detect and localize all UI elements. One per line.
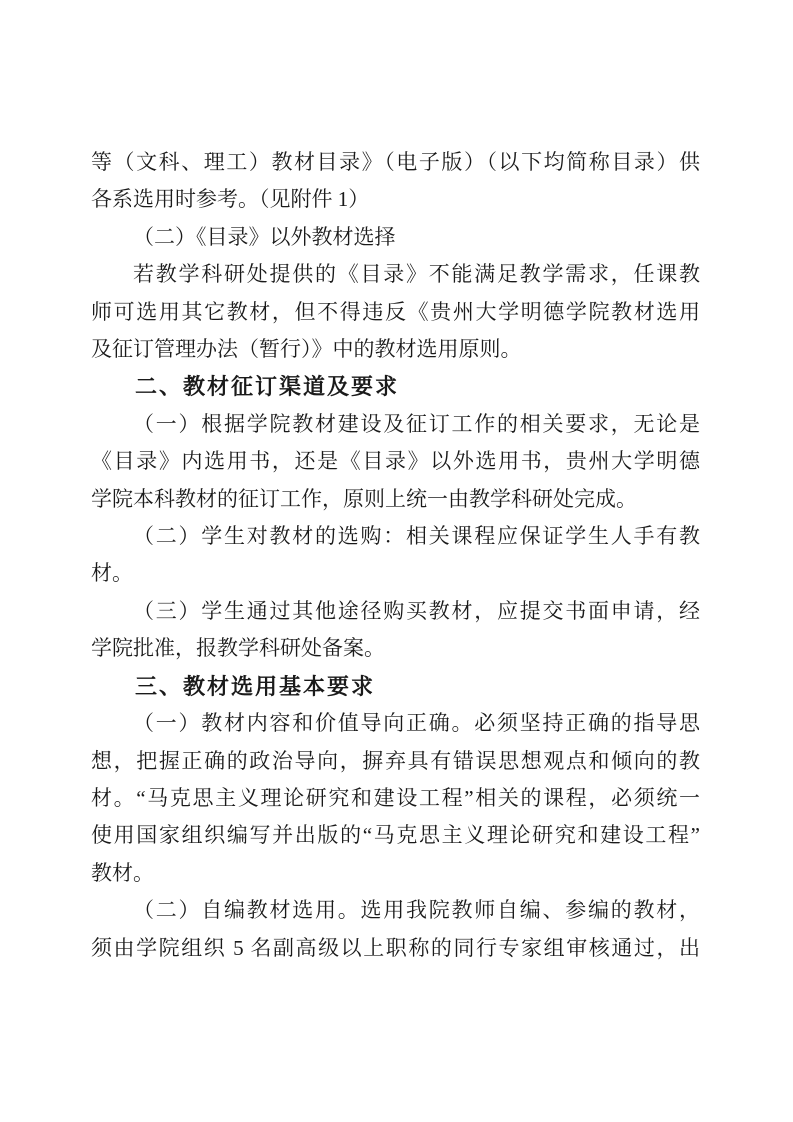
section-2-item-3-paragraph: （三）学生通过其他途径购买教材，应提交书面申请，经 学院批准，报教学科研处备案。 — [91, 593, 700, 668]
section-heading-2: 二、教材征订渠道及要求 — [91, 368, 700, 405]
text-line: 师可选用其它教材，但不得违反《贵州大学明德学院教材选用 — [91, 294, 700, 331]
section-2-item-2-paragraph: （二）学生对教材的选购：相关课程应保证学生人手有教 材。 — [91, 518, 700, 593]
section-2-item-1-paragraph: （一）根据学院教材建设及征订工作的相关要求，无论是 《目录》内选用书，还是《目录… — [91, 406, 700, 518]
text-line: （二）学生对教材的选购：相关课程应保证学生人手有教 — [91, 518, 700, 555]
text-line: （二）自编教材选用。选用我院教师自编、参编的教材， — [91, 892, 700, 929]
text-line: （二）《目录》以外教材选择 — [91, 219, 700, 256]
text-line: 及征订管理办法（暂行）》中的教材选用原则。 — [91, 331, 700, 368]
text-line: 教材。 — [91, 855, 700, 892]
heading-line: 二、教材征订渠道及要求 — [91, 368, 700, 405]
section-3-item-1-paragraph: （一）教材内容和价值导向正确。必须坚持正确的指导思 想，把握正确的政治导向，摒弃… — [91, 705, 700, 892]
text-line: 学院本科教材的征订工作，原则上统一由教学科研处完成。 — [91, 481, 700, 518]
text-line: 若教学科研处提供的《目录》不能满足教学需求，任课教 — [91, 256, 700, 293]
text-line: 各系选用时参考。（见附件 1） — [91, 181, 700, 218]
text-line: 须由学院组织 5 名副高级以上职称的同行专家组审核通过，出 — [91, 930, 700, 967]
text-line: 材。 — [91, 555, 700, 592]
text-line: 等（文科、理工）教材目录》（电子版）（以下均简称目录）供 — [91, 144, 700, 181]
text-line: （一）教材内容和价值导向正确。必须坚持正确的指导思 — [91, 705, 700, 742]
text-line: （三）学生通过其他途径购买教材，应提交书面申请，经 — [91, 593, 700, 630]
text-line: 《目录》内选用书，还是《目录》以外选用书，贵州大学明德 — [91, 443, 700, 480]
document-page: 等（文科、理工）教材目录》（电子版）（以下均简称目录）供 各系选用时参考。（见附… — [0, 0, 793, 1122]
text-line: （一）根据学院教材建设及征订工作的相关要求，无论是 — [91, 406, 700, 443]
section-heading-3: 三、教材选用基本要求 — [91, 668, 700, 705]
continuation-paragraph: 等（文科、理工）教材目录》（电子版）（以下均简称目录）供 各系选用时参考。（见附… — [91, 144, 700, 219]
item-2-body-paragraph: 若教学科研处提供的《目录》不能满足教学需求，任课教 师可选用其它教材，但不得违反… — [91, 256, 700, 368]
text-line: 学院批准，报教学科研处备案。 — [91, 630, 700, 667]
text-line: 想，把握正确的政治导向，摒弃具有错误思想观点和倾向的教 — [91, 743, 700, 780]
text-line: 材。“马克思主义理论研究和建设工程”相关的课程，必须统一 — [91, 780, 700, 817]
heading-line: 三、教材选用基本要求 — [91, 668, 700, 705]
section-3-item-2-paragraph: （二）自编教材选用。选用我院教师自编、参编的教材， 须由学院组织 5 名副高级以… — [91, 892, 700, 967]
text-line: 使用国家组织编写并出版的“马克思主义理论研究和建设工程” — [91, 817, 700, 854]
item-2-title-paragraph: （二）《目录》以外教材选择 — [91, 219, 700, 256]
